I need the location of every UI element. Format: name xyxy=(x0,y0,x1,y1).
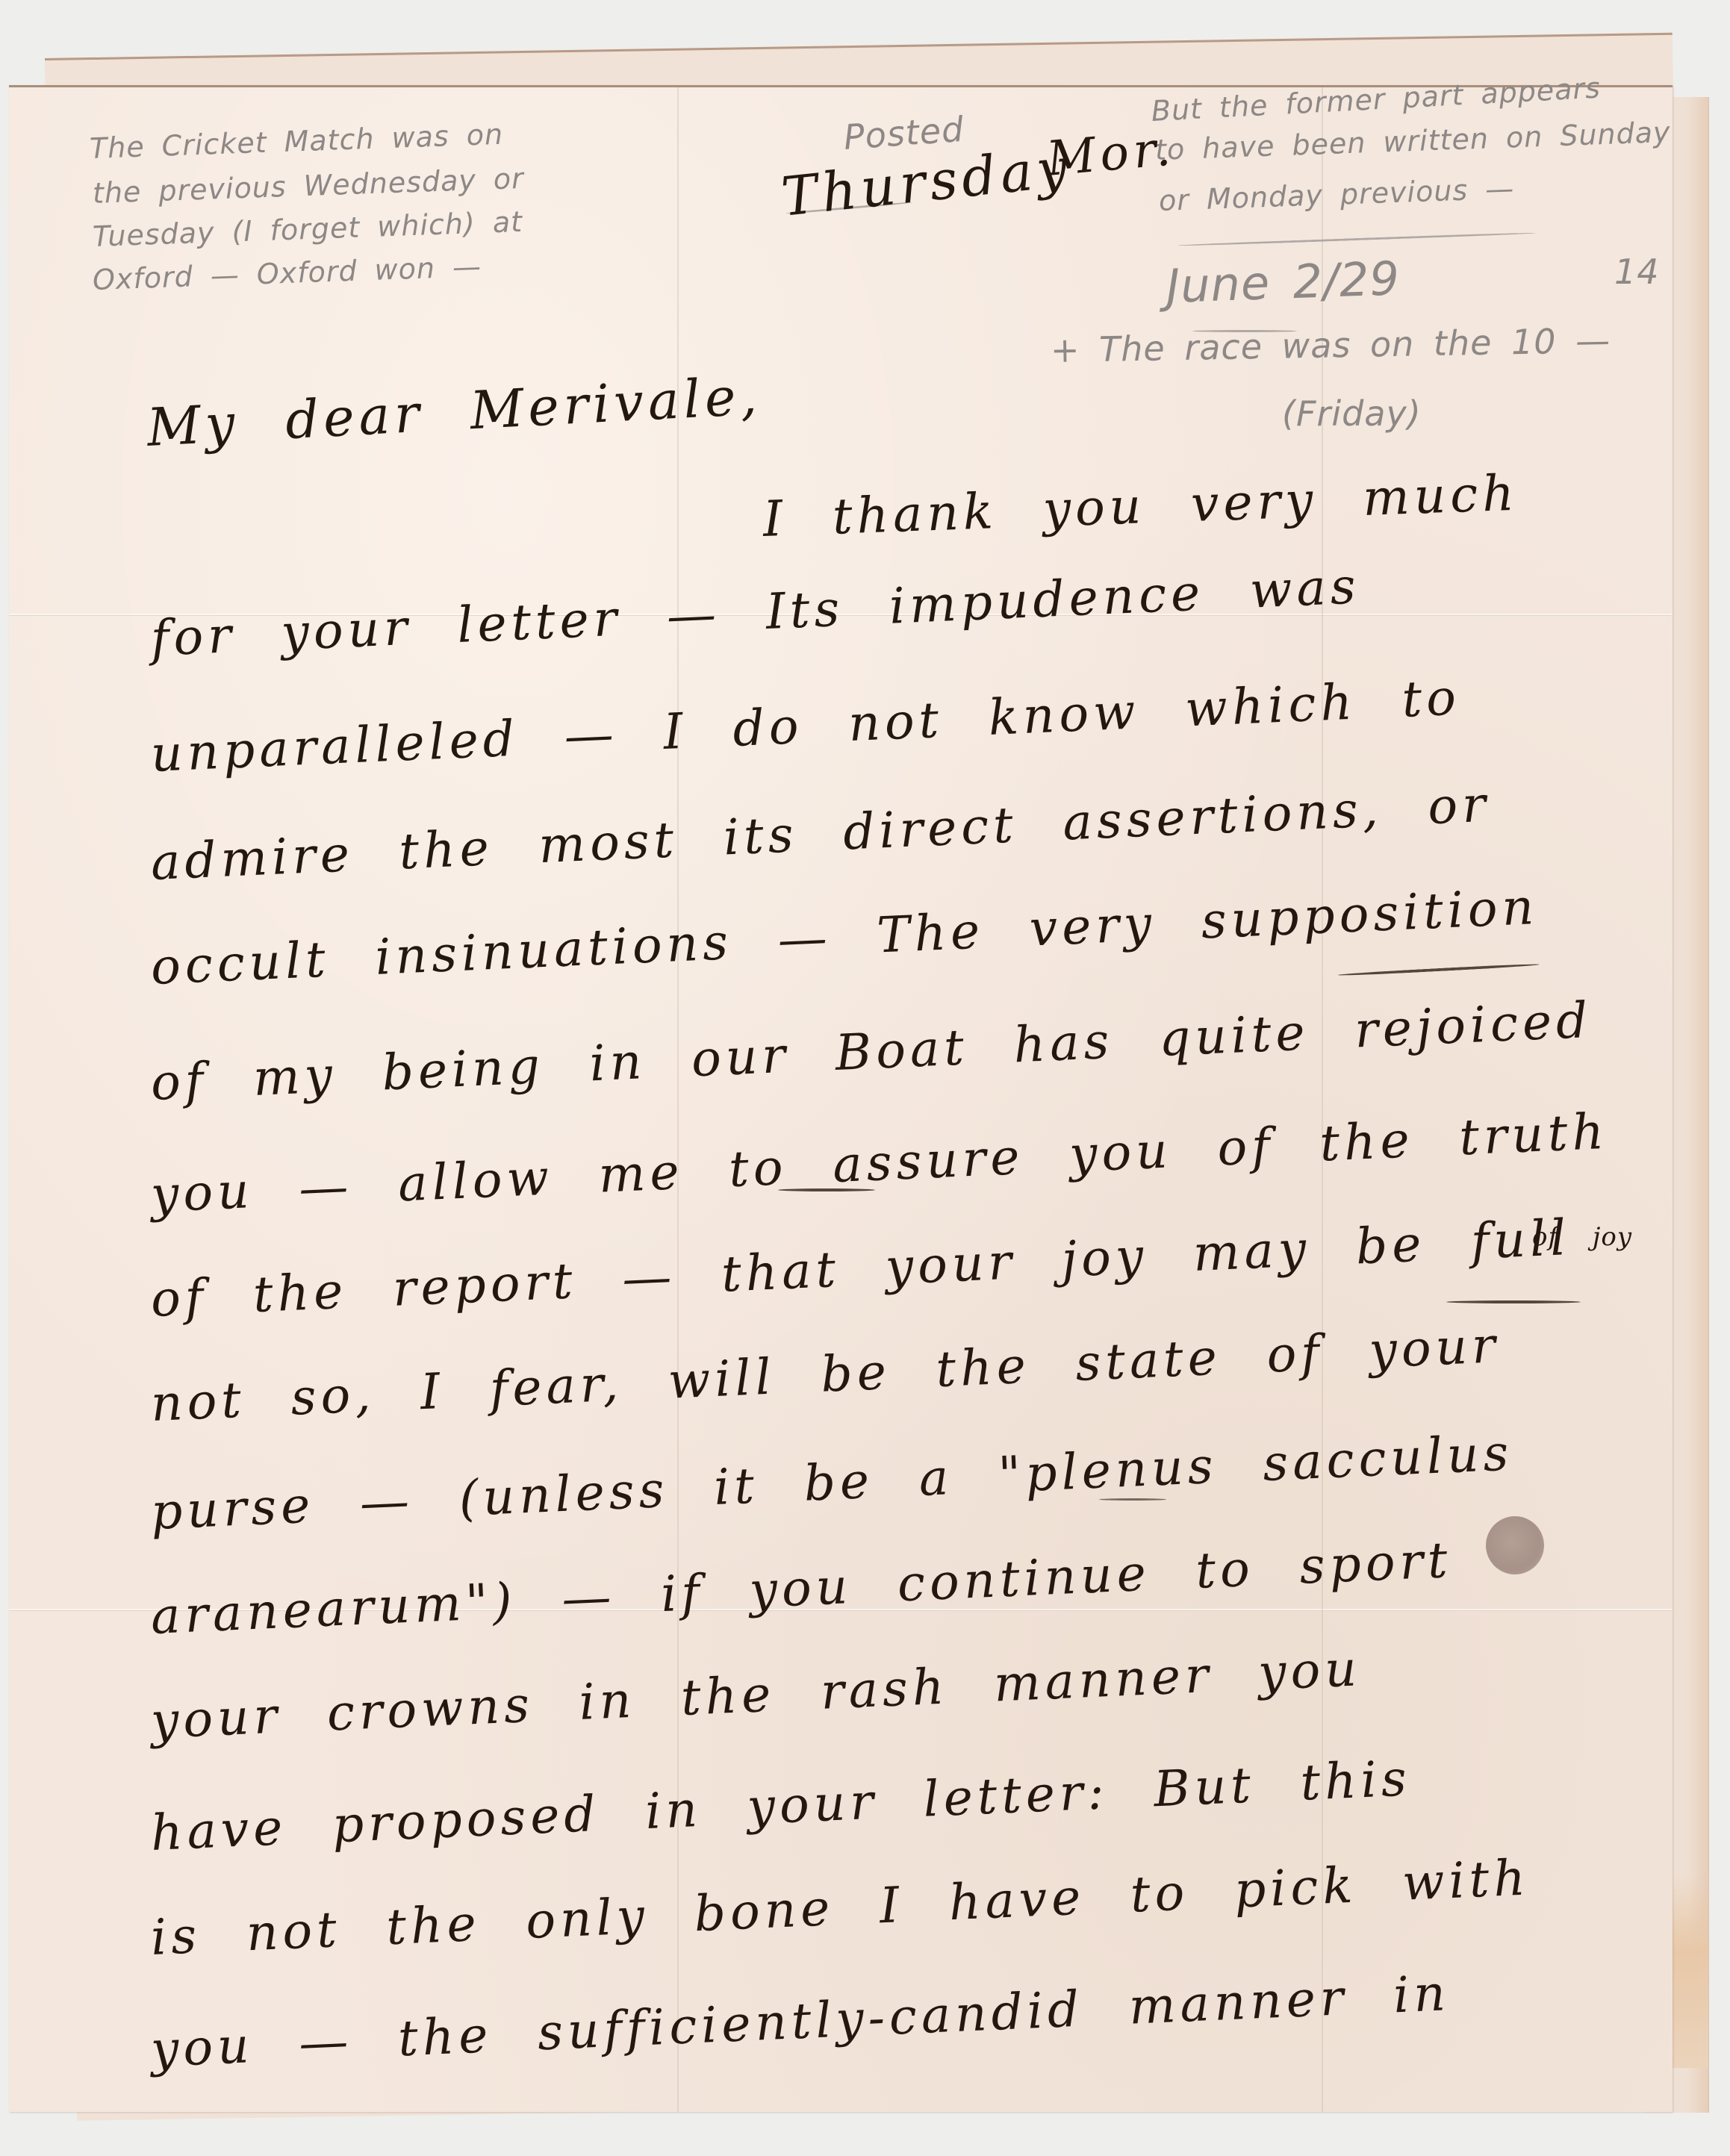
pencil-note-cricket-4: Oxford — Oxford won — xyxy=(92,250,482,296)
body-line-11: aranearum") — if you continue to sport xyxy=(149,1531,1453,1645)
body-line-4: admire the most its direct assertions, o… xyxy=(149,776,1491,891)
ink-blot xyxy=(1486,1516,1544,1574)
pencil-note-cricket-3: Tuesday (I forget which) at xyxy=(92,205,523,253)
body-line-14: is not the only bone I have to pick with xyxy=(149,1848,1531,1966)
underline-plenus xyxy=(1099,1498,1166,1501)
body-line-10: purse — (unless it be a "plenus sacculus xyxy=(149,1424,1513,1541)
letter-page: The Cricket Match was on the previous We… xyxy=(9,85,1673,2112)
pencil-margin-mark: 14 xyxy=(1614,252,1660,292)
pencil-race-note: + The race was on the 10 — xyxy=(1051,320,1611,370)
body-line-7: you — allow me to assure you of the trut… xyxy=(149,1103,1609,1224)
body-line-13: have proposed in your letter: But this xyxy=(149,1749,1412,1862)
body-line-1: I thank you very much xyxy=(762,464,1519,548)
pencil-race-day: (Friday) xyxy=(1282,393,1422,434)
underline-full xyxy=(1446,1300,1581,1303)
pencil-note-former-3: or Monday previous — xyxy=(1158,172,1515,217)
body-line-6: of my being in our Boat has quite rejoic… xyxy=(149,991,1593,1112)
body-line-12: your crowns in the rash manner you xyxy=(149,1639,1362,1750)
pencil-note-cricket-1: The Cricket Match was on xyxy=(89,118,504,165)
pencil-date: June 2/29 xyxy=(1166,251,1401,314)
body-line-9: not so, I fear, will be the state of you… xyxy=(149,1316,1501,1433)
heading-time: Mor. xyxy=(1045,121,1177,187)
body-line-5: occult insinuations — The very suppositi… xyxy=(149,878,1539,996)
underline-assure xyxy=(778,1188,875,1191)
body-line-15: you — the sufficiently-candid manner in xyxy=(149,1964,1451,2078)
salutation: My dear Merivale, xyxy=(146,365,763,458)
pencil-rule-above-date xyxy=(1177,232,1536,247)
body-line-8: of the report — that your joy may be ful… xyxy=(149,1209,1571,1328)
body-line-3: unparalleled — I do not know which to xyxy=(149,668,1461,782)
body-line-2: for your letter — Its impudence was xyxy=(149,557,1361,667)
pencil-note-cricket-2: the previous Wednesday or xyxy=(92,162,524,210)
underline-supposition xyxy=(1338,963,1540,976)
word-admire: admire the most its direct assertions, o… xyxy=(149,776,1491,891)
